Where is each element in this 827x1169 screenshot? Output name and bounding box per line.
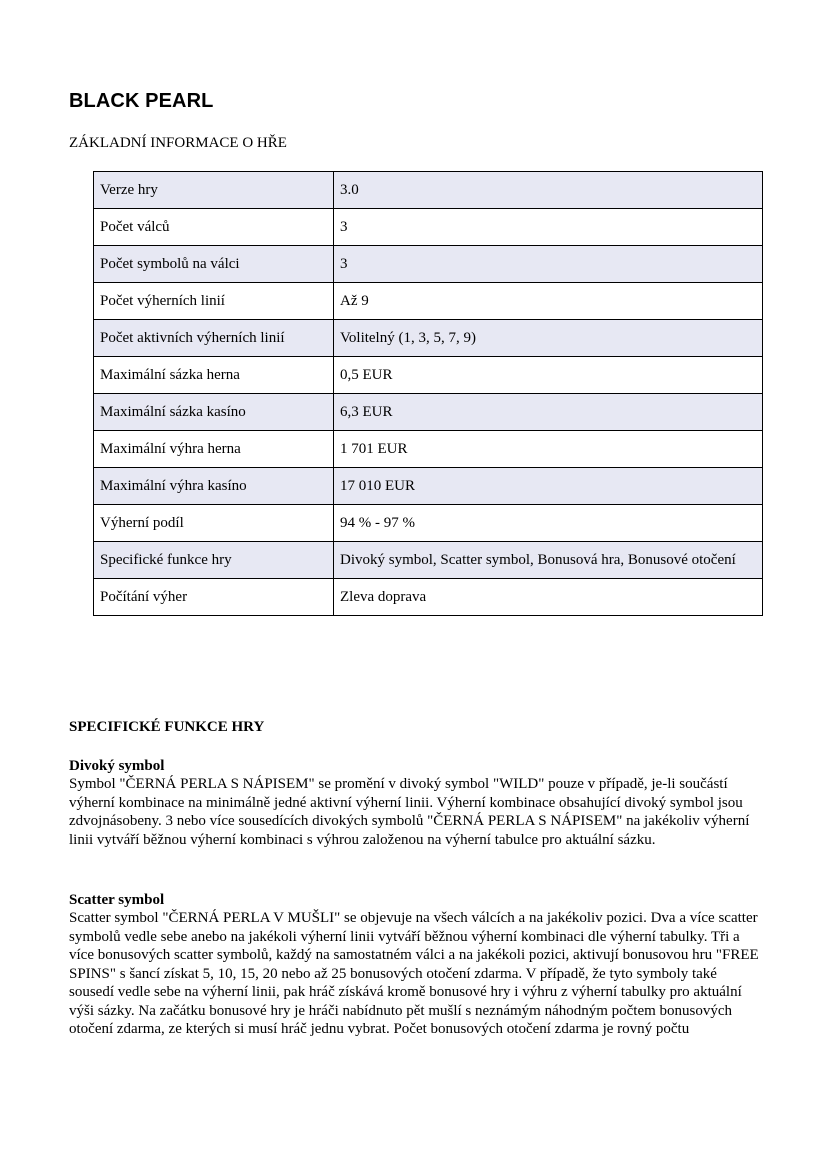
- table-row: Počet válců 3: [94, 209, 763, 246]
- row-value: 3: [334, 209, 763, 246]
- row-label: Maximální výhra herna: [94, 431, 334, 468]
- row-label: Maximální sázka herna: [94, 357, 334, 394]
- row-label: Verze hry: [94, 172, 334, 209]
- row-label: Počet symbolů na válci: [94, 246, 334, 283]
- row-label: Maximální výhra kasíno: [94, 468, 334, 505]
- row-value: Volitelný (1, 3, 5, 7, 9): [334, 320, 763, 357]
- row-value: 3.0: [334, 172, 763, 209]
- page-title: BLACK PEARL: [69, 88, 213, 114]
- row-label: Maximální sázka kasíno: [94, 394, 334, 431]
- table-row: Počet aktivních výherních linií Voliteln…: [94, 320, 763, 357]
- table-row: Maximální výhra kasíno 17 010 EUR: [94, 468, 763, 505]
- table-row: Maximální sázka kasíno 6,3 EUR: [94, 394, 763, 431]
- basic-info-heading: ZÁKLADNÍ INFORMACE O HŘE: [69, 134, 287, 152]
- wild-symbol-heading: Divoký symbol: [69, 757, 759, 775]
- row-value: Až 9: [334, 283, 763, 320]
- scatter-symbol-text: Scatter symbol "ČERNÁ PERLA V MUŠLI" se …: [69, 909, 759, 1039]
- row-value: 1 701 EUR: [334, 431, 763, 468]
- row-value: Divoký symbol, Scatter symbol, Bonusová …: [334, 542, 763, 579]
- table-row: Počítání výher Zleva doprava: [94, 579, 763, 616]
- row-label: Specifické funkce hry: [94, 542, 334, 579]
- row-label: Počet válců: [94, 209, 334, 246]
- row-label: Počet aktivních výherních linií: [94, 320, 334, 357]
- scatter-symbol-heading: Scatter symbol: [69, 891, 759, 909]
- features-section: SPECIFICKÉ FUNKCE HRY: [69, 718, 759, 736]
- row-label: Počet výherních linií: [94, 283, 334, 320]
- game-info-table-body: Verze hry 3.0 Počet válců 3 Počet symbol…: [94, 172, 763, 616]
- row-value: 94 % - 97 %: [334, 505, 763, 542]
- row-label: Počítání výher: [94, 579, 334, 616]
- table-row: Počet symbolů na válci 3: [94, 246, 763, 283]
- row-value: 0,5 EUR: [334, 357, 763, 394]
- row-value: 3: [334, 246, 763, 283]
- table-row: Verze hry 3.0: [94, 172, 763, 209]
- game-info-table: Verze hry 3.0 Počet válců 3 Počet symbol…: [93, 171, 763, 616]
- table-row: Počet výherních linií Až 9: [94, 283, 763, 320]
- table-row: Maximální výhra herna 1 701 EUR: [94, 431, 763, 468]
- wild-symbol-section: Divoký symbol Symbol "ČERNÁ PERLA S NÁPI…: [69, 757, 759, 849]
- row-value: 6,3 EUR: [334, 394, 763, 431]
- row-value: Zleva doprava: [334, 579, 763, 616]
- features-heading: SPECIFICKÉ FUNKCE HRY: [69, 718, 759, 736]
- row-value: 17 010 EUR: [334, 468, 763, 505]
- table-row: Specifické funkce hry Divoký symbol, Sca…: [94, 542, 763, 579]
- scatter-symbol-section: Scatter symbol Scatter symbol "ČERNÁ PER…: [69, 891, 759, 1039]
- table-row: Výherní podíl 94 % - 97 %: [94, 505, 763, 542]
- row-label: Výherní podíl: [94, 505, 334, 542]
- table-row: Maximální sázka herna 0,5 EUR: [94, 357, 763, 394]
- wild-symbol-text: Symbol "ČERNÁ PERLA S NÁPISEM" se proměn…: [69, 775, 759, 849]
